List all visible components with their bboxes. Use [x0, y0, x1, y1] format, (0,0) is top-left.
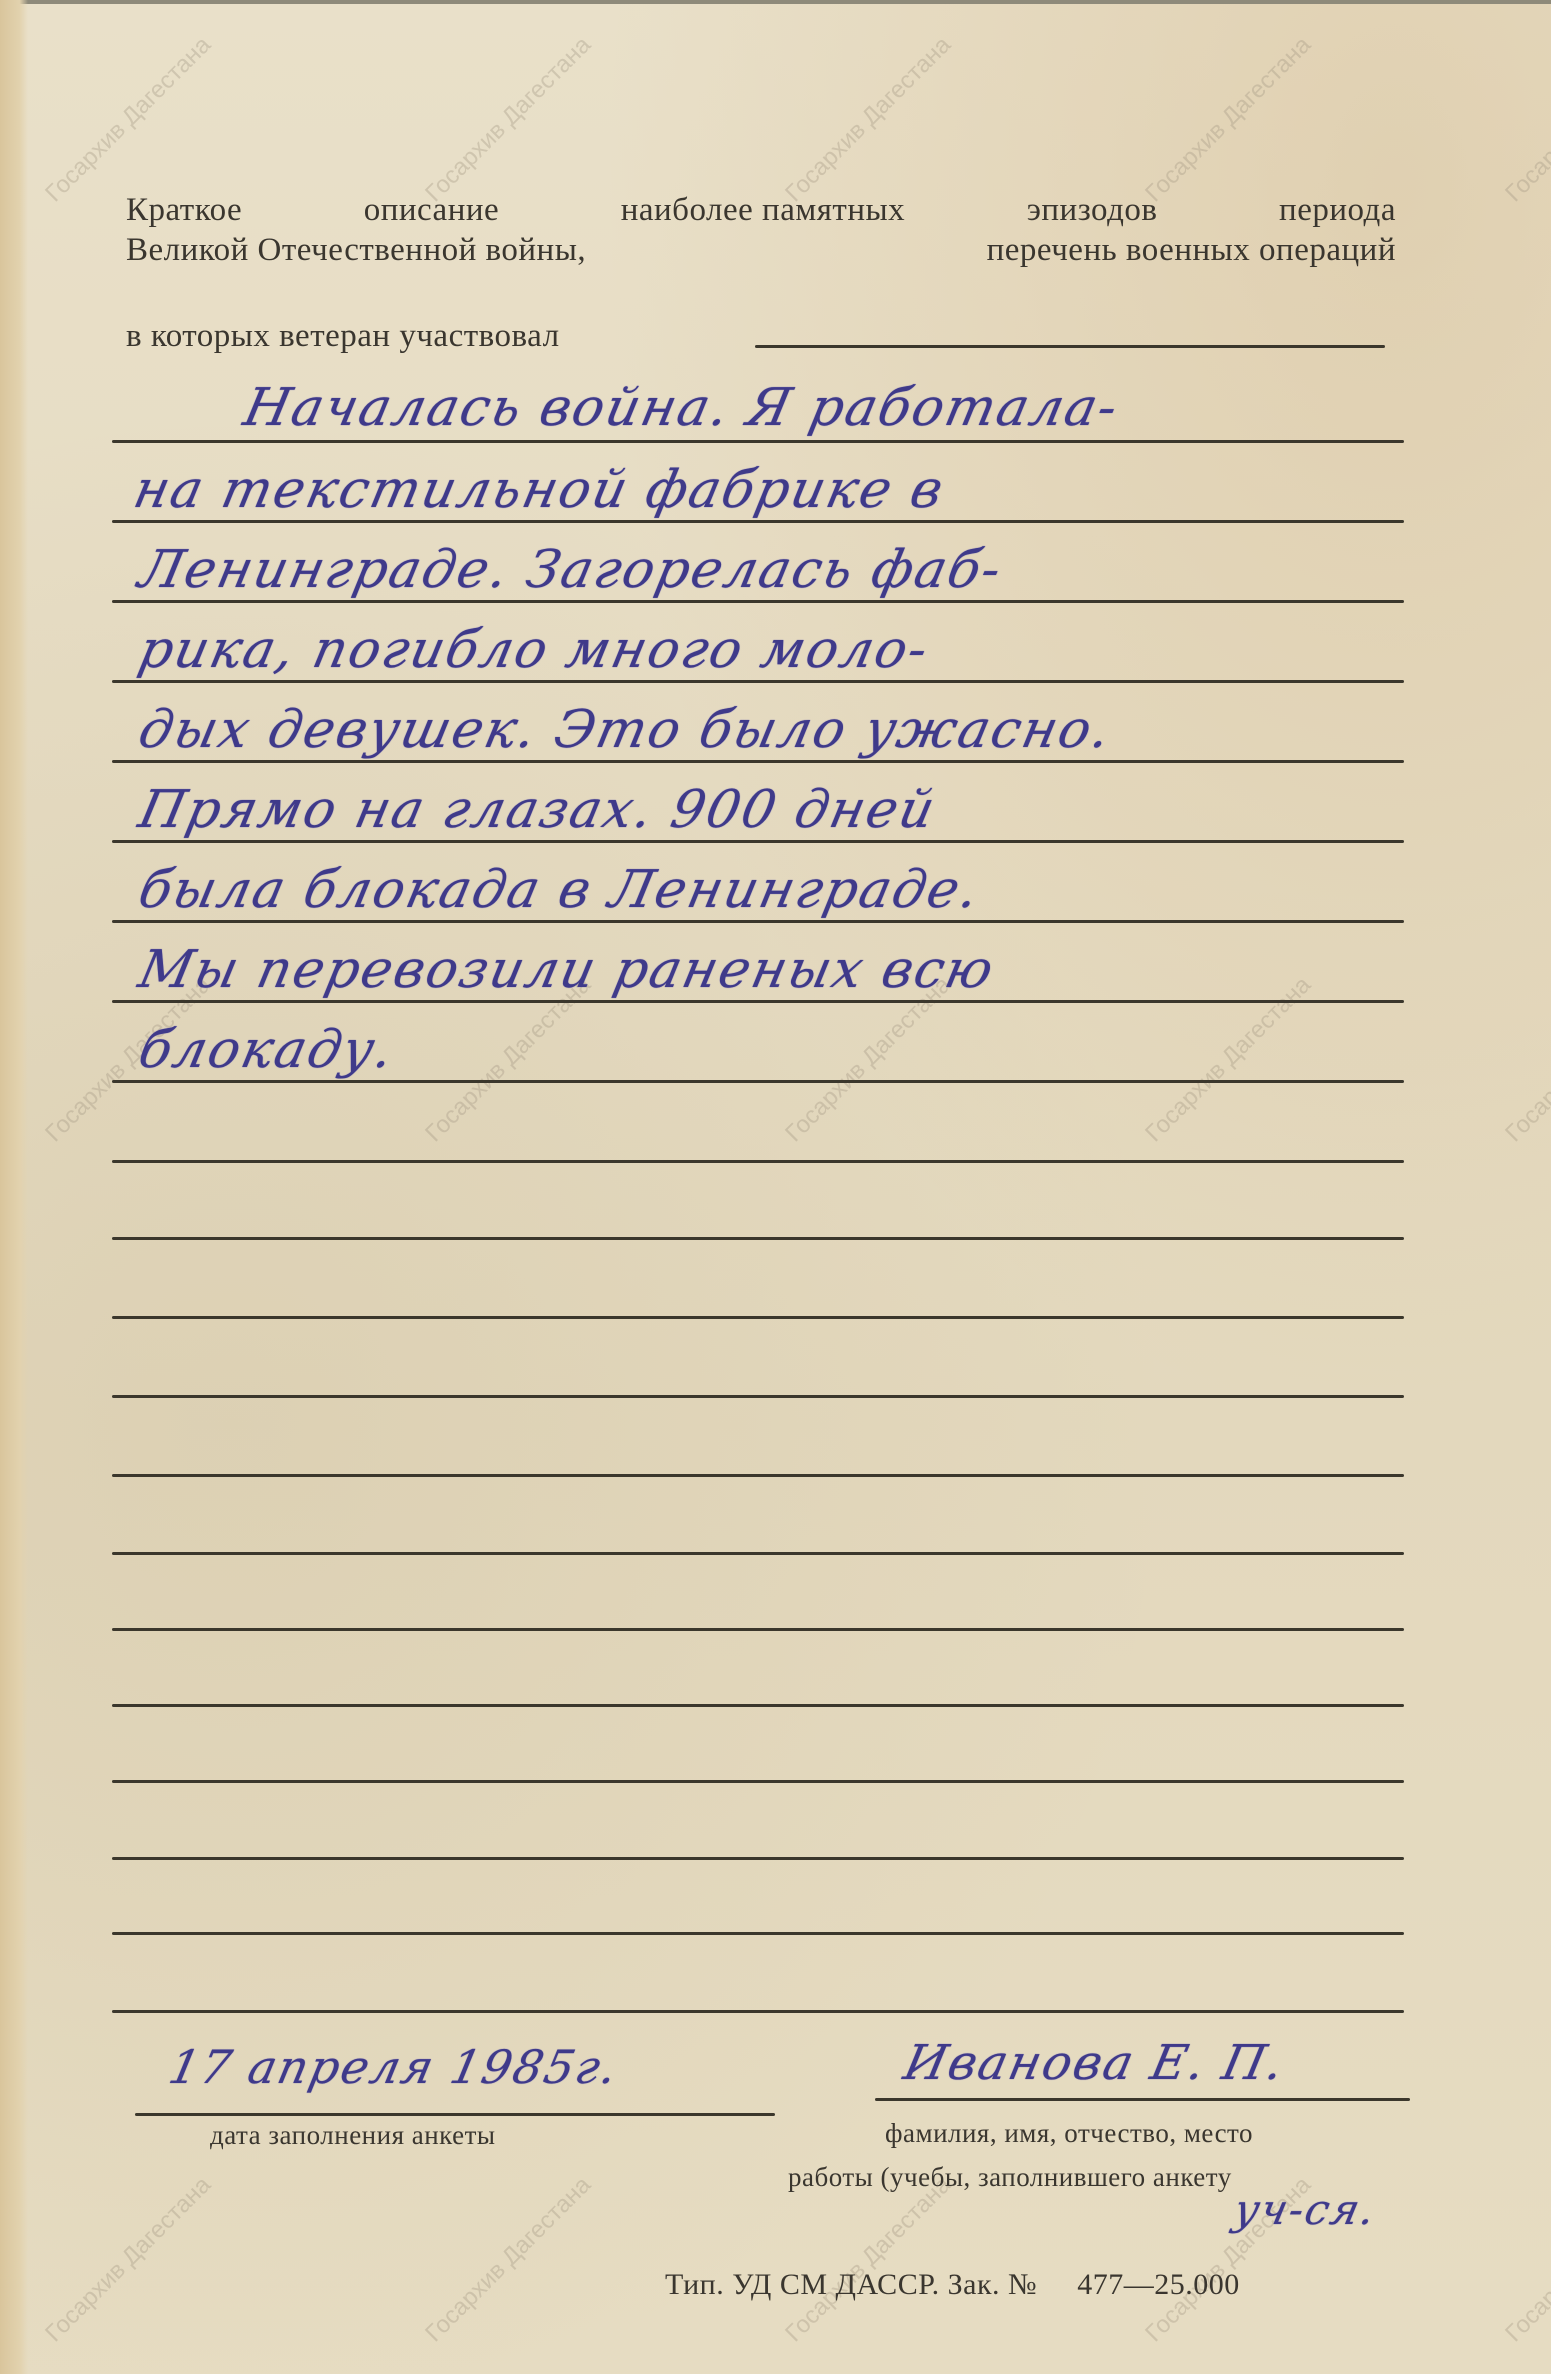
ruled-line	[112, 1857, 1404, 1860]
date-value: 17 апреля 1985г.	[164, 2040, 624, 2094]
workplace-note: уч-ся.	[1230, 2185, 1382, 2234]
signature-rule	[875, 2098, 1410, 2101]
ruled-line	[112, 1932, 1404, 1935]
watermark-text: Госархив Дагестана	[1500, 31, 1551, 208]
watermark-text: Госархив Дагестана	[780, 31, 957, 208]
watermark-text: Госархив Дагестана	[1500, 971, 1551, 1148]
header-word: наиболее памятных	[621, 192, 905, 229]
ruled-line	[112, 760, 1404, 763]
ruled-line	[112, 1160, 1404, 1163]
handwritten-line: Прямо на глазах. 900 дней	[134, 780, 942, 840]
handwritten-line: на текстильной фабрике в	[129, 460, 950, 520]
signature-label-line-1: фамилия, имя, отчество, место	[885, 2118, 1253, 2149]
handwritten-line: рика, погибло много моло-	[134, 620, 935, 680]
watermark-text: Госархив Дагестана	[1500, 2171, 1551, 2348]
ruled-line	[112, 1780, 1404, 1783]
ruled-line	[112, 600, 1404, 603]
watermark-text: Госархив Дагестана	[420, 2171, 597, 2348]
watermark-text: Госархив Дагестана	[780, 2171, 957, 2348]
ruled-line	[112, 1552, 1404, 1555]
header-word: эпизодов	[1027, 192, 1158, 229]
ruled-line	[112, 840, 1404, 843]
ruled-line	[112, 520, 1404, 523]
header-word: описание	[364, 192, 499, 229]
handwritten-line: Мы перевозили раненых всю	[134, 940, 1001, 1000]
watermark-text: Госархив Дагестана	[420, 31, 597, 208]
handwritten-line: дых девушек. Это было ужасно.	[134, 700, 1118, 760]
ruled-line	[112, 1474, 1404, 1477]
print-info-label: Тип. УД СМ ДАССР. Зак. №	[665, 2268, 1037, 2301]
print-info: Тип. УД СМ ДАССР. Зак. № 477—25.000	[665, 2268, 1240, 2302]
header-line-2: Великой Отечественной войны, перечень во…	[126, 232, 1396, 269]
answer-rule-header	[755, 345, 1385, 348]
ruled-line	[112, 440, 1404, 443]
watermark-text: Госархив Дагестана	[40, 31, 217, 208]
handwritten-line: Началась война. Я работала-	[239, 378, 1125, 438]
ruled-line	[112, 1704, 1404, 1707]
header-line-1: Краткое описание наиболее памятных эпизо…	[126, 192, 1396, 229]
ruled-line	[112, 1628, 1404, 1631]
handwritten-line: была блокада в Ленинграде.	[134, 860, 986, 920]
signature-label-line-2: работы (учебы, заполнившего анкету	[788, 2162, 1232, 2193]
header-line-3: в которых ветеран участвовал	[126, 318, 560, 355]
handwritten-line: Ленинграде. Загорелась фаб-	[134, 540, 1008, 600]
header-word: Краткое	[126, 192, 242, 229]
watermark-text: Госархив Дагестана	[1140, 31, 1317, 208]
header-word: периода	[1279, 192, 1396, 229]
date-label: дата заполнения анкеты	[210, 2120, 496, 2151]
signature-value: Иванова Е. П.	[899, 2035, 1290, 2091]
header-word: Великой Отечественной войны,	[126, 232, 586, 269]
ruled-line	[112, 1395, 1404, 1398]
handwritten-line: блокаду.	[134, 1020, 401, 1080]
page-left-edge	[0, 0, 28, 2374]
header-word: перечень военных операций	[987, 232, 1396, 269]
page-top-edge	[0, 0, 1551, 4]
ruled-line	[112, 1316, 1404, 1319]
watermark-text: Госархив Дагестана	[40, 2171, 217, 2348]
ruled-line	[112, 1000, 1404, 1003]
ruled-line	[112, 920, 1404, 923]
watermark-text: Госархив Дагестана	[1140, 971, 1317, 1148]
ruled-line	[112, 2010, 1404, 2013]
ruled-line	[112, 1237, 1404, 1240]
print-order-number: 477—25.000	[1077, 2268, 1240, 2301]
ruled-line	[112, 1080, 1404, 1083]
date-rule	[135, 2113, 775, 2116]
ruled-line	[112, 680, 1404, 683]
